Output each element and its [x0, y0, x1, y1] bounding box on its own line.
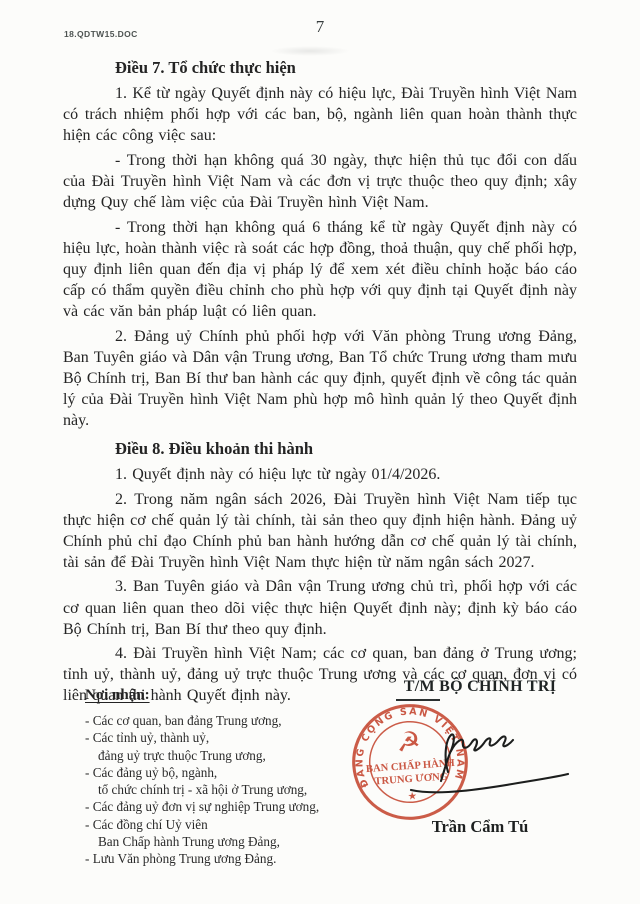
recipient-item: - Lưu Văn phòng Trung ương Đảng.	[85, 850, 335, 867]
recipients-section: Nơi nhận: - Các cơ quan, ban đảng Trung …	[85, 687, 335, 868]
article-7-paragraph: 2. Đảng uỷ Chính phủ phối hợp với Văn ph…	[63, 326, 577, 431]
recipients-heading: Nơi nhận:	[85, 687, 335, 704]
article-7-paragraph: - Trong thời hạn không quá 30 ngày, thực…	[63, 150, 577, 213]
signature-block: T/M BỘ CHÍNH TRỊ ĐẢNG CỘNG SẢN VIỆT NAM …	[350, 678, 610, 858]
recipient-item: đảng uỷ trực thuộc Trung ương,	[85, 747, 335, 764]
article-8-heading: Điều 8. Điều khoản thi hành	[63, 438, 577, 459]
article-7-paragraph: 1. Kể từ ngày Quyết định này có hiệu lực…	[63, 83, 577, 146]
document-page: 18.QDTW15.DOC 7 Điều 7. Tổ chức thực hiệ…	[0, 0, 640, 904]
authority-underline	[396, 699, 440, 701]
recipient-item: - Các cơ quan, ban đảng Trung ương,	[85, 712, 335, 729]
article-7-heading: Điều 7. Tổ chức thực hiện	[63, 57, 577, 78]
article-8-paragraph: 1. Quyết định này có hiệu lực từ ngày 01…	[63, 464, 577, 485]
article-8-paragraph: 3. Ban Tuyên giáo và Dân vận Trung ương …	[63, 576, 577, 639]
handwritten-signature	[398, 715, 582, 803]
scan-smudge	[270, 46, 350, 56]
recipient-item: - Các đồng chí Uỷ viên	[85, 816, 335, 833]
signing-authority: T/M BỘ CHÍNH TRỊ	[350, 678, 610, 696]
article-8-paragraph: 2. Trong năm ngân sách 2026, Đài Truyền …	[63, 489, 577, 573]
page-number: 7	[0, 17, 640, 37]
document-body: Điều 7. Tổ chức thực hiện 1. Kể từ ngày …	[63, 57, 577, 710]
recipient-item: - Các tỉnh uỷ, thành uỷ,	[85, 729, 335, 746]
recipient-item: tổ chức chính trị - xã hội ở Trung ương,	[85, 781, 335, 798]
recipient-item: - Các đảng uỷ đơn vị sự nghiệp Trung ươn…	[85, 798, 335, 815]
recipient-item: - Các đảng uỷ bộ, ngành,	[85, 764, 335, 781]
signer-name: Trần Cẩm Tú	[350, 817, 610, 837]
recipient-item: Ban Chấp hành Trung ương Đảng,	[85, 833, 335, 850]
article-7-paragraph: - Trong thời hạn không quá 6 tháng kể từ…	[63, 217, 577, 322]
